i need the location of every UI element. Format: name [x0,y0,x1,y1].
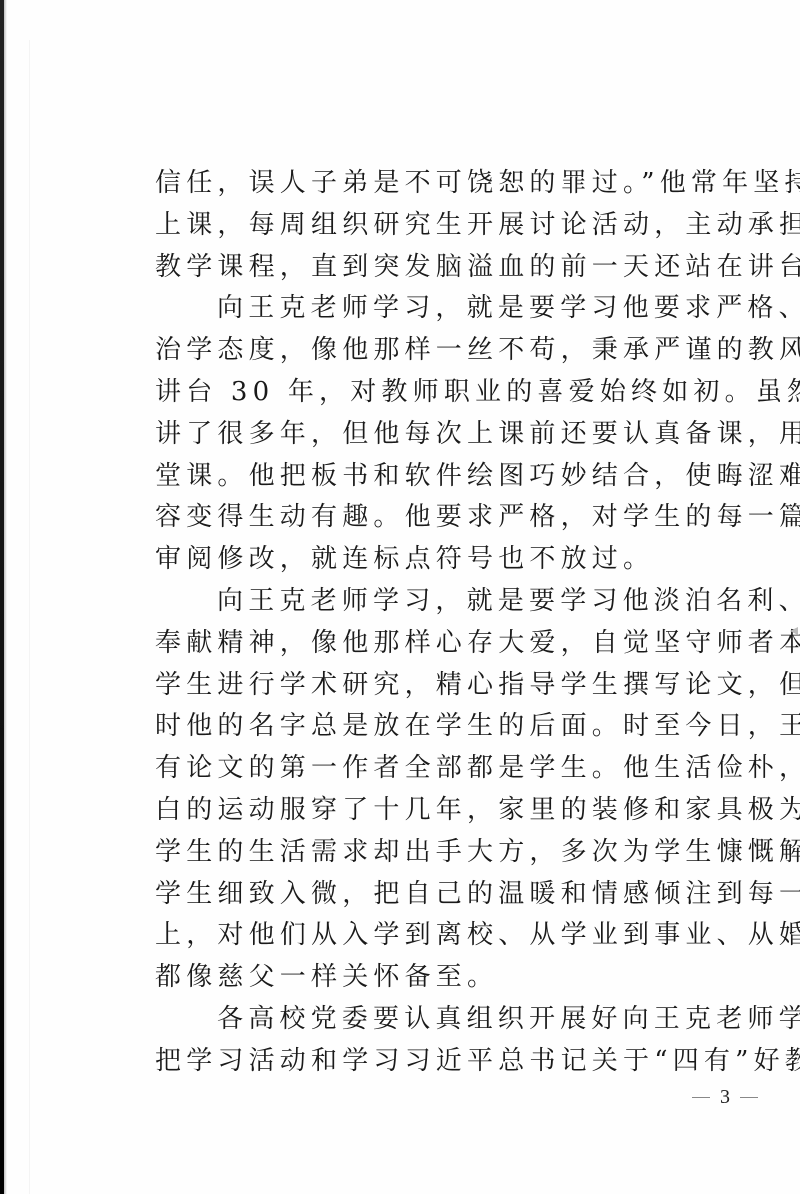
text-line: 审阅修改，就连标点符号也不放过。 [155,541,654,577]
text-line: 讲了很多年，但他每次上课前还要认真备课，用心讲好每一 [155,416,800,452]
text-line: 有论文的第一作者全部都是学生。他生活俭朴，一身洗得发 [155,750,800,786]
page-number-dash-right [740,1097,758,1098]
text-line: 学生细致入微，把自己的温暖和情感倾注到每一个学生身 [155,876,800,912]
text-line: 容变得生动有趣。他要求严格，对学生的每一篇论文都认真 [155,499,800,535]
text-line: 信任，误人子弟是不可饶恕的罪过。”他常年坚持为本科生 [155,165,800,201]
scan-guide-line [29,40,30,1194]
text-line: 上课，每周组织研究生开展讨论活动，主动承担难度最大的 [155,207,800,243]
page-number-dash-left [692,1097,710,1098]
scan-edge-mark [790,627,798,635]
text-line: 学生进行学术研究，精心指导学生撰写论文，但是发表论文 [155,667,800,703]
page-number: 3 [692,1086,758,1109]
text-line: 学生的生活需求却出手大方，多次为学生慷慨解囊。他关心 [155,834,800,870]
text-line: 讲台 30 年，对教师职业的喜爱始终如初。虽然有的课已经 [155,374,800,410]
text-line: 堂课。他把板书和软件绘图巧妙结合，使晦涩难懂的教学内 [155,458,800,494]
text-line: 奉献精神，像他那样心存大爱，自觉坚守师者本色。他带领 [155,625,800,661]
paragraph-start-line: 各高校党委要认真组织开展好向王克老师学习活动，要 [217,1001,800,1037]
text-line: 都像慈父一样关怀备至。 [155,959,498,995]
text-line: 时他的名字总是放在学生的后面。时至今日，王克课题组所 [155,708,800,744]
text-line: 白的运动服穿了十几年，家里的装修和家具极为简单，但对 [155,792,800,828]
text-line: 治学态度，像他那样一丝不苟，秉承严谨的教风学风。他站 [155,332,800,368]
text-line: 教学课程，直到突发脑溢血的前一天还站在讲台上。 [155,249,800,285]
page-number-value: 3 [720,1086,730,1109]
paragraph-start-line: 向王克老师学习，就是要学习他淡泊名利、甘为人梯的 [217,583,800,619]
scan-edge-shadow [4,0,7,1194]
paragraph-start-line: 向王克老师学习，就是要学习他要求严格、精益求精的 [217,290,800,326]
text-line: 把学习活动和学习习近平总书记关于“四有”好教师的重要 [155,1043,800,1079]
text-line: 上，对他们从入学到离校、从学业到事业、从婚姻到家庭， [155,917,800,953]
